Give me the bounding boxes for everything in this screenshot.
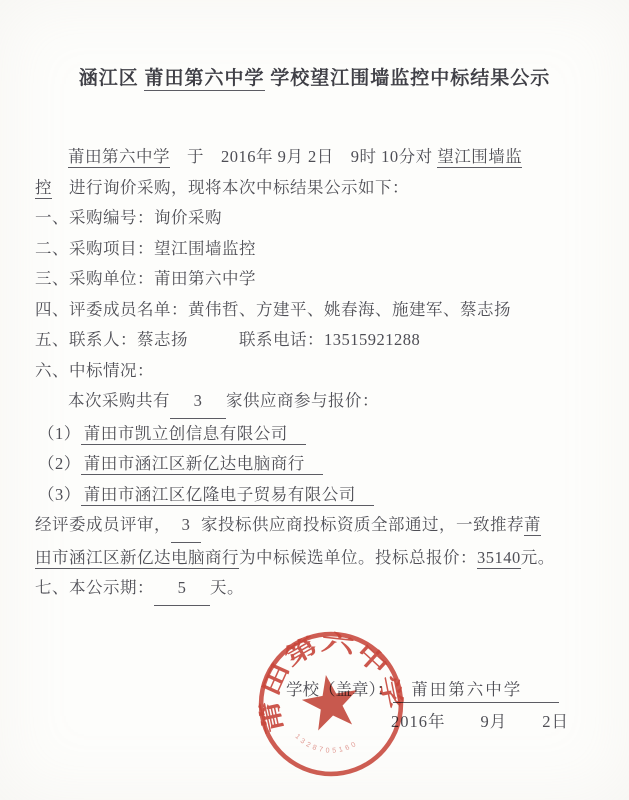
supplier-index: （2） — [38, 454, 81, 473]
winner-name-start: 莆 — [524, 515, 541, 536]
review-line-1: 经评委成员评审，3家投标供应商投标资质全部通过，一致推荐莆 — [35, 510, 601, 543]
bid-count-prefix: 本次采购共有 — [68, 391, 170, 410]
supplier-index: （3） — [38, 485, 81, 504]
supplier-row: （2）莆田市涵江区新亿达电脑商行 — [35, 449, 601, 480]
item-1: 一、采购编号：询价采购 — [35, 203, 601, 234]
seal-label: 学校（盖章）： — [286, 680, 393, 699]
publicity-days: 5 — [154, 573, 210, 606]
document-page: 涵江区 莆田第六中学 学校望江围墙监控中标结果公示 莆田第六中学 于 2016年… — [0, 0, 629, 800]
seal-code: 1328705160 — [293, 722, 361, 761]
page-title: 涵江区 莆田第六中学 学校望江围墙监控中标结果公示 — [0, 63, 629, 90]
signer-name: 莆田第六中学 — [393, 676, 559, 703]
total-price: 35140 — [477, 548, 521, 569]
item-7-prefix: 七、本公示期： — [35, 578, 154, 597]
signature-date: 2016年 9月 2日 — [391, 708, 569, 732]
winner-name-end: 田市涵江区新亿达电脑商行 — [35, 548, 239, 569]
item-3: 三、采购单位：莆田第六中学 — [35, 264, 601, 295]
intro-school: 莆田第六中学 — [68, 147, 170, 168]
item-7-suffix: 天。 — [210, 578, 244, 597]
title-school-underlined: 莆田第六中学 — [144, 68, 264, 91]
supplier-name: 莆田市涵江区亿隆电子贸易有限公司 — [81, 485, 374, 506]
bid-count-suffix: 家供应商参与报价： — [226, 391, 379, 410]
intro-line-2: 控 进行询价采购，现将本次中标结果公示如下： — [35, 173, 601, 204]
signature-line: 学校（盖章）：莆田第六中学 — [286, 676, 559, 703]
school-seal-stamp: 莆田第六中学 1328705160 — [244, 617, 418, 791]
intro-middle: 于 2016年 9月 2日 9时 10分对 — [170, 147, 433, 166]
supplier-row: （1）莆田市凯立创信息有限公司 — [35, 419, 601, 450]
seal-ring — [250, 623, 412, 785]
supplier-name: 莆田市涵江区新亿达电脑商行 — [81, 454, 323, 475]
review-text: 元。 — [521, 548, 555, 567]
review-text: 家投标供应商投标资质全部通过，一致推荐 — [201, 515, 524, 534]
title-suffix: 学校望江围墙监控中标结果公示 — [265, 68, 551, 89]
item-6: 六、中标情况： — [35, 356, 601, 387]
title-prefix: 涵江区 — [79, 68, 145, 89]
item-5: 五、联系人：蔡志扬 联系电话：13515921288 — [35, 325, 601, 356]
svg-text:1328705160: 1328705160 — [293, 722, 361, 761]
review-count: 3 — [171, 510, 201, 543]
bid-count-line: 本次采购共有3家供应商参与报价： — [35, 386, 601, 419]
item-2: 二、采购项目：望江围墙监控 — [35, 234, 601, 265]
intro-line-1: 莆田第六中学 于 2016年 9月 2日 9时 10分对 望江围墙监 — [35, 142, 601, 173]
item-4: 四、评委成员名单：黄伟哲、方建平、姚春海、施建军、蔡志扬 — [35, 295, 601, 326]
item-7: 七、本公示期：5天。 — [35, 573, 601, 606]
document-body: 莆田第六中学 于 2016年 9月 2日 9时 10分对 望江围墙监 控 进行询… — [35, 142, 601, 606]
review-text: 为中标候选单位。投标总报价： — [239, 548, 477, 567]
supplier-name: 莆田市凯立创信息有限公司 — [81, 424, 306, 445]
intro-rest: 进行询价采购，现将本次中标结果公示如下： — [52, 178, 409, 197]
supplier-row: （3）莆田市涵江区亿隆电子贸易有限公司 — [35, 480, 601, 511]
review-line-2: 田市涵江区新亿达电脑商行为中标候选单位。投标总报价：35140元。 — [35, 543, 601, 574]
supplier-index: （1） — [38, 424, 81, 443]
bid-count-value: 3 — [170, 386, 226, 419]
intro-project-end: 控 — [35, 178, 52, 199]
intro-project-start: 望江围墙监 — [437, 147, 522, 168]
review-text: 经评委成员评审， — [35, 515, 171, 534]
